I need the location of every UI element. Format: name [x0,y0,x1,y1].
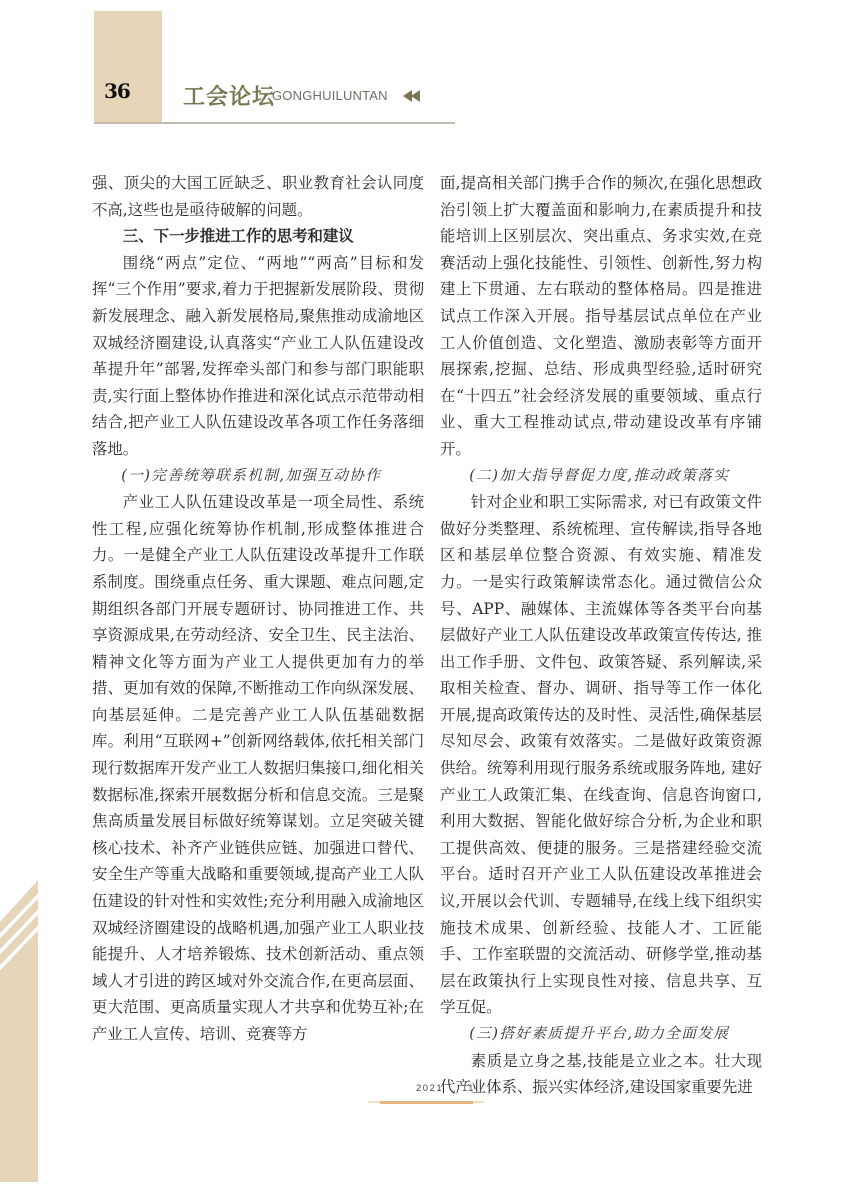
paragraph: 针对企业和职工实际需求, 对已有政策文件做好分类整理、系统梳理、宣传解读,指导各… [440,489,762,1021]
page-number-tab [94,11,162,123]
journal-pinyin: GONGHUILUNTAN [272,88,388,103]
section-heading: 三、下一步推进工作的思考和建议 [92,223,424,250]
paragraph: 素质是立身之基,技能是立业之本。壮大现代产业体系、振兴实体经济,建设国家重要先进 [440,1048,762,1101]
left-column: 强、顶尖的大国工匠缺乏、职业教育社会认同度不高,这些也是亟待破解的问题。 三、下… [92,170,424,1048]
paragraph: 围绕“两点”定位、“两地”“两高”目标和发挥“三个作用”要求,着力于把握新发展阶… [92,250,424,463]
subsection-heading: (二)加大指导督促力度,推动政策落实 [440,463,762,490]
rewind-icon [403,90,423,102]
footer-year: 2021 [416,1083,443,1094]
page-number: 36 [104,79,130,103]
journal-title: 工会论坛 [183,80,275,111]
header-rule [94,122,455,124]
subsection-heading: (三)搭好素质提升平台,助力全面发展 [440,1021,762,1048]
footer-issue: 11 [462,1083,475,1094]
paragraph: 强、顶尖的大国工匠缺乏、职业教育社会认同度不高,这些也是亟待破解的问题。 [92,170,424,223]
footer-rule-accent [380,1101,473,1104]
side-stripes-decoration [0,870,40,1182]
right-column: 面,提高相关部门携手合作的频次,在强化思想政治引领上扩大覆盖面和影响力,在素质提… [440,170,762,1101]
paragraph: 产业工人队伍建设改革是一项全局性、系统性工程,应强化统筹协作机制,形成整体推进合… [92,489,424,1047]
paragraph: 面,提高相关部门携手合作的频次,在强化思想政治引领上扩大覆盖面和影响力,在素质提… [440,170,762,463]
subsection-heading: (一)完善统筹联系机制,加强互动协作 [92,463,424,490]
